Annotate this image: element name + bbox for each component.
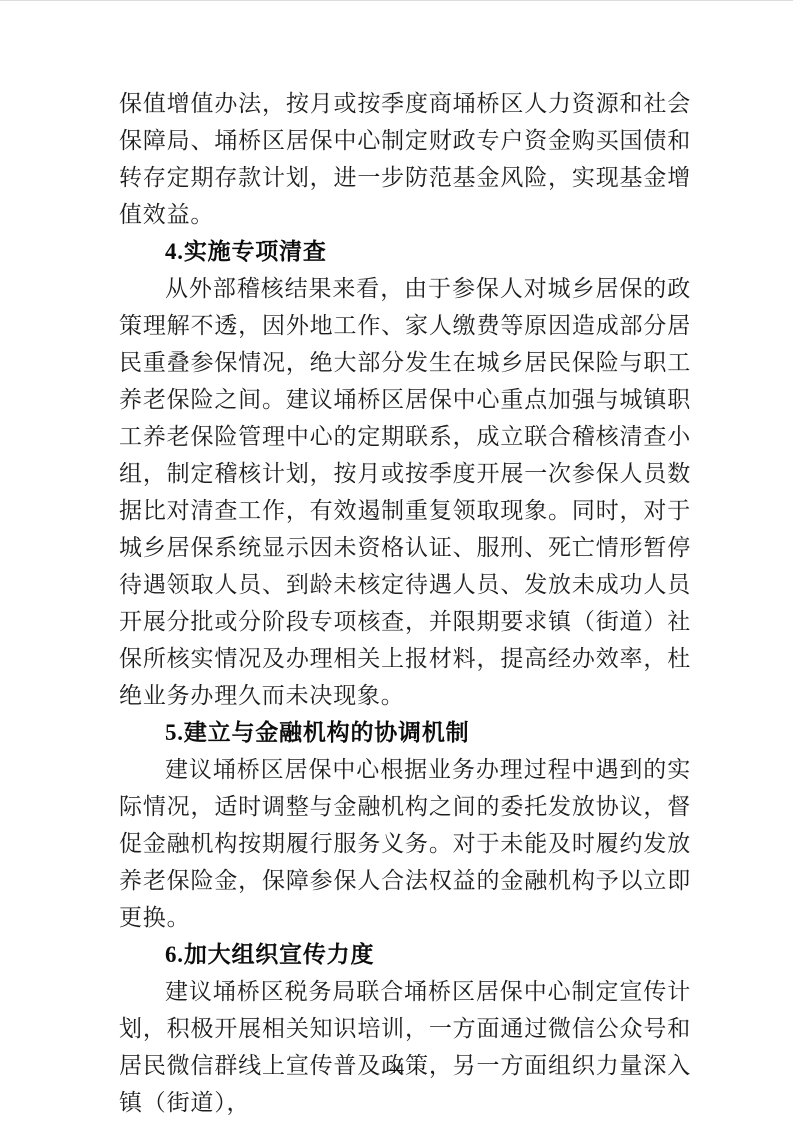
body-paragraph: 保值增值办法，按月或按季度商埇桥区人力资源和社会保障局、埇桥区居保中心制定财政专… (119, 85, 691, 233)
page-number: 44 (0, 1059, 793, 1079)
document-body: 保值增值办法，按月或按季度商埇桥区人力资源和社会保障局、埇桥区居保中心制定财政专… (119, 85, 691, 1121)
body-paragraph: 建议埇桥区居保中心根据业务办理过程中遇到的实际情况，适时调整与金融机构之间的委托… (119, 751, 691, 936)
body-paragraph: 建议埇桥区税务局联合埇桥区居保中心制定宣传计划，积极开展相关知识培训，一方面通过… (119, 973, 691, 1121)
section-heading-6: 6.加大组织宣传力度 (119, 936, 691, 973)
body-paragraph: 从外部稽核结果来看，由于参保人对城乡居保的政策理解不透，因外地工作、家人缴费等原… (119, 270, 691, 714)
section-heading-5: 5.建立与金融机构的协调机制 (119, 714, 691, 751)
section-heading-4: 4.实施专项清查 (119, 233, 691, 270)
document-page: 保值增值办法，按月或按季度商埇桥区人力资源和社会保障局、埇桥区居保中心制定财政专… (0, 0, 793, 1122)
